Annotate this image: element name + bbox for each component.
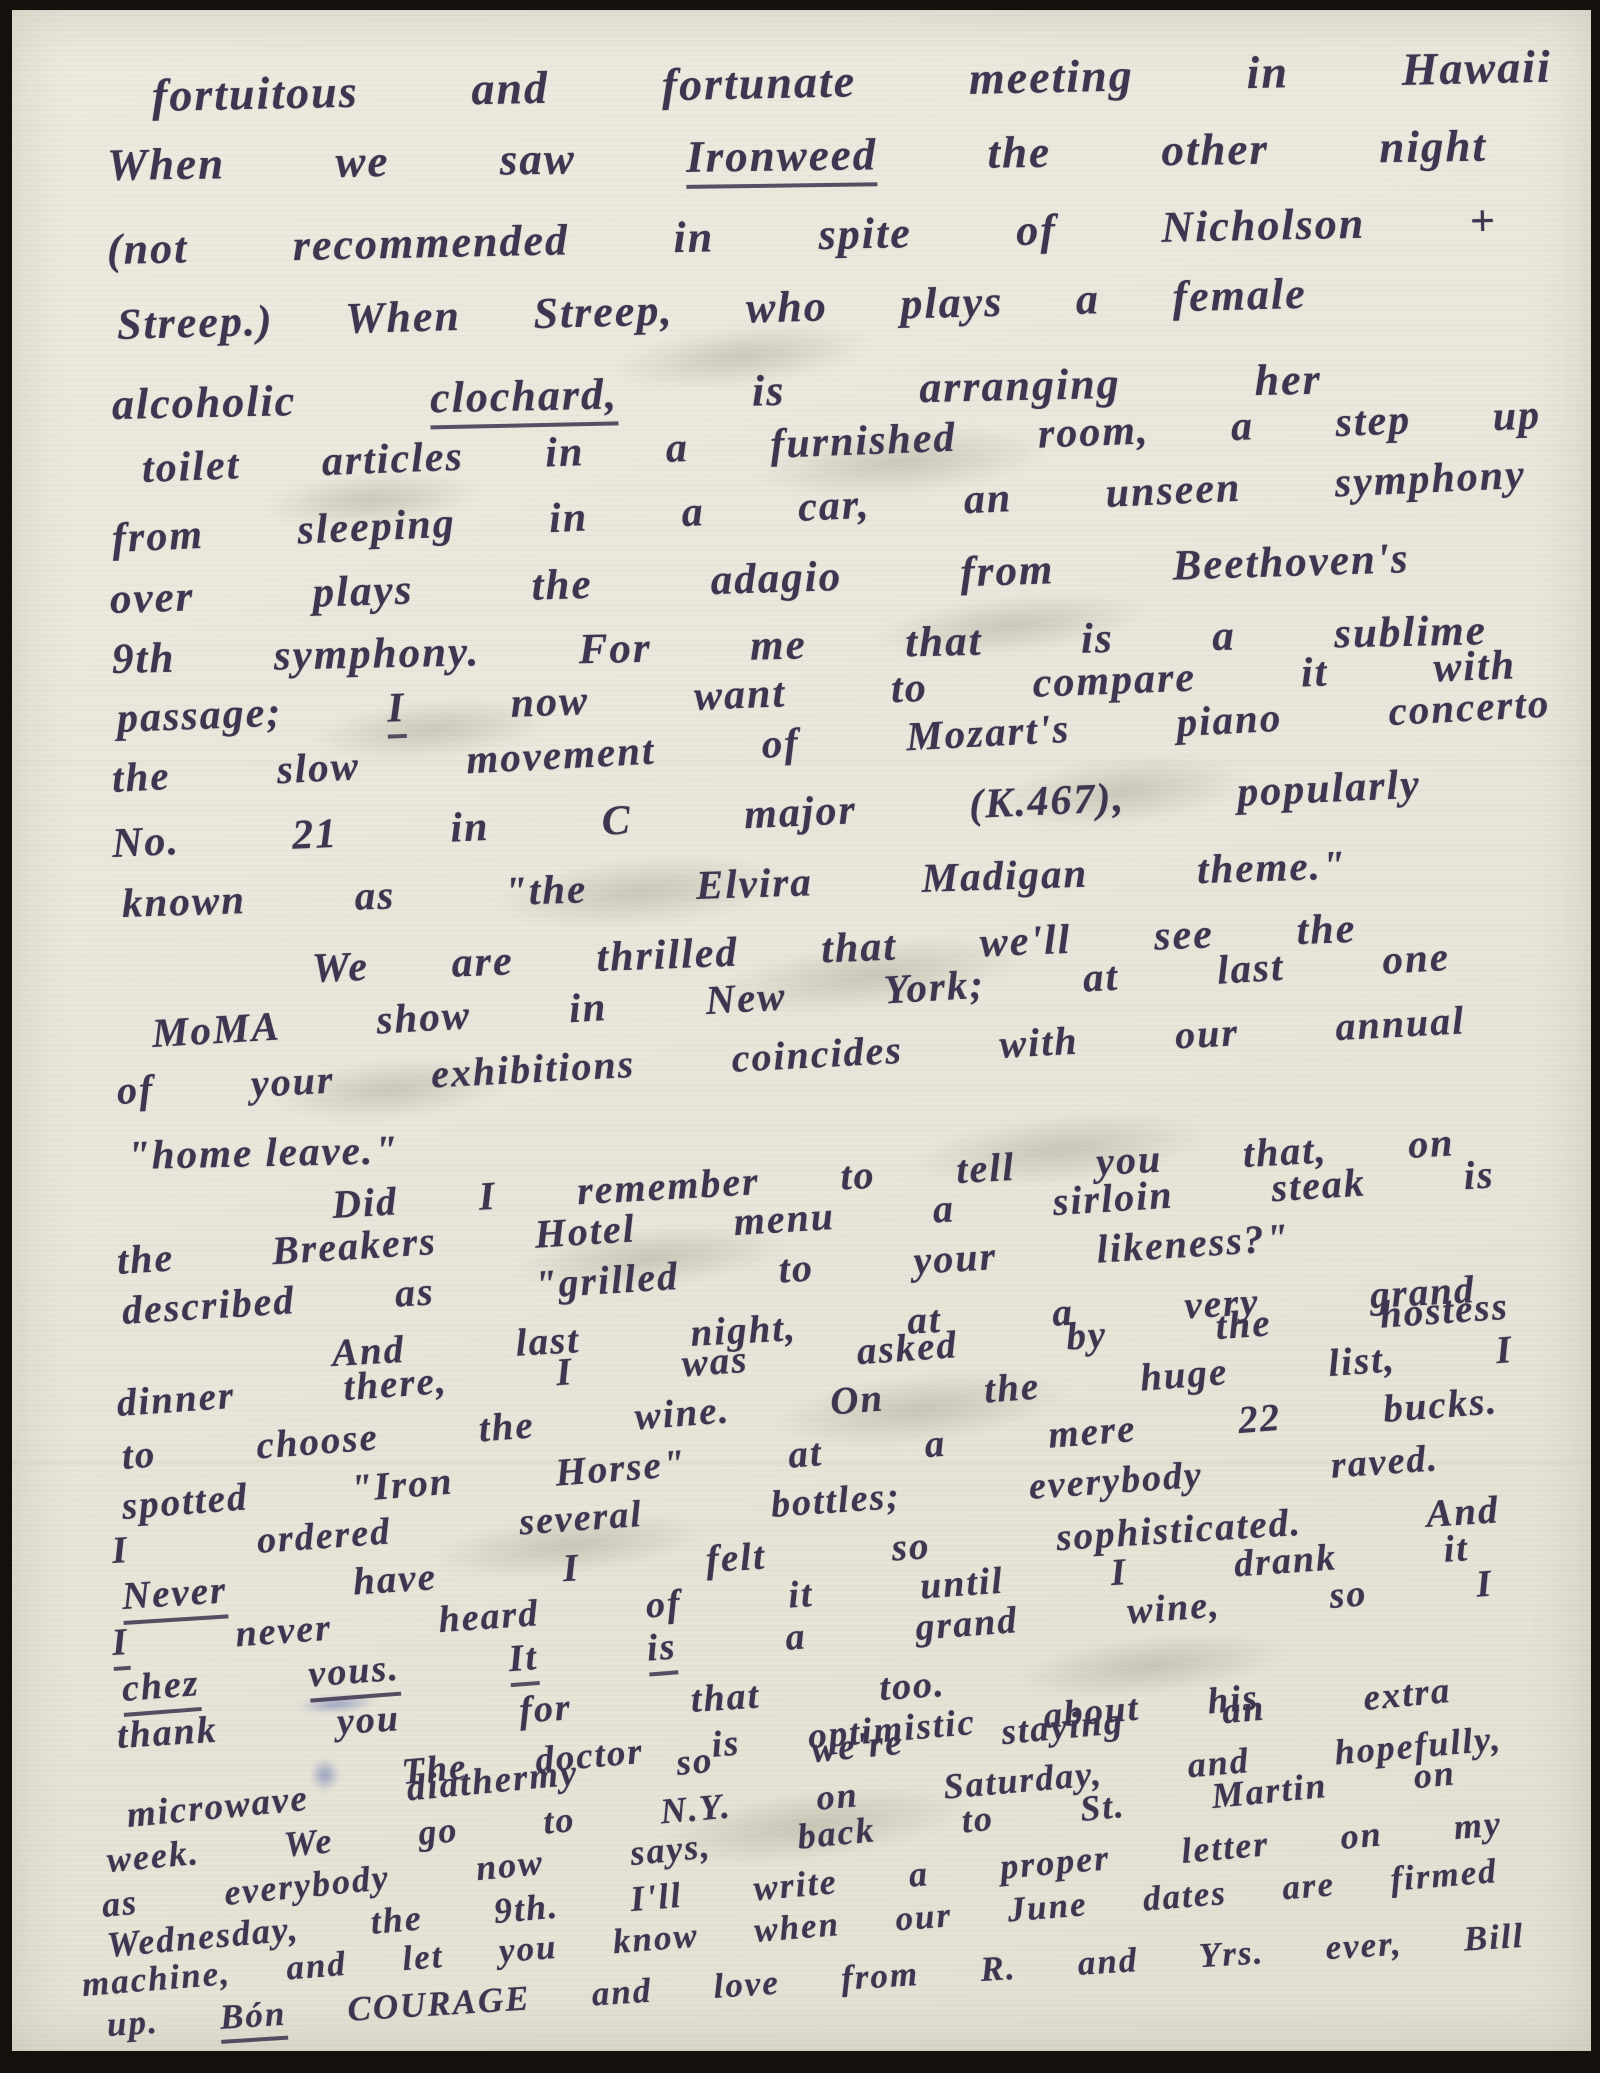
- word: our: [1174, 1009, 1240, 1057]
- word: our: [894, 1895, 954, 1938]
- word: my: [1452, 1803, 1503, 1847]
- word: let: [401, 1936, 445, 1978]
- word: room,: [1037, 407, 1150, 457]
- word: in: [548, 494, 589, 542]
- word: and: [285, 1944, 348, 1988]
- word: articles: [321, 434, 465, 485]
- word: Beethoven's: [1172, 535, 1410, 589]
- word: firmed: [1389, 1851, 1499, 1898]
- word: June: [1006, 1884, 1089, 1929]
- word: so: [1328, 1572, 1369, 1617]
- word: the: [477, 1403, 536, 1450]
- word: from: [111, 512, 205, 562]
- word: that: [690, 1675, 762, 1721]
- underlined-word: I: [386, 685, 406, 739]
- word: who: [745, 281, 828, 332]
- word: as: [100, 1882, 140, 1925]
- word: passage;: [116, 690, 283, 742]
- word: sirloin: [1051, 1172, 1174, 1224]
- word: toilet: [141, 442, 241, 492]
- word: furnished: [770, 415, 958, 468]
- word: in: [1246, 46, 1289, 98]
- word: the: [116, 1234, 176, 1282]
- word: I: [1494, 1328, 1514, 1372]
- word: a: [923, 1422, 948, 1467]
- word: car,: [797, 482, 871, 531]
- word: dates: [1141, 1873, 1228, 1919]
- word: annual: [1334, 997, 1466, 1049]
- word: New: [704, 972, 788, 1023]
- word: you: [497, 1927, 558, 1971]
- word: described: [121, 1277, 297, 1333]
- word: over: [109, 573, 195, 623]
- word: Breakers: [271, 1218, 438, 1273]
- word: with: [998, 1018, 1079, 1067]
- word: up.: [106, 2002, 160, 2044]
- word: ordered: [256, 1511, 393, 1562]
- word: we're: [810, 1722, 906, 1771]
- word: I: [561, 1546, 581, 1590]
- word: dinner: [115, 1374, 236, 1425]
- word: popularly: [1236, 762, 1422, 816]
- word: Yrs.: [1198, 1932, 1266, 1975]
- word: 9th.: [492, 1886, 560, 1932]
- word: back: [796, 1809, 878, 1856]
- word: plays: [312, 566, 414, 616]
- word: "home: [127, 1129, 254, 1178]
- word: go: [417, 1809, 460, 1852]
- word: spotted: [120, 1475, 250, 1528]
- word: When: [107, 138, 226, 190]
- word: fortuitous: [151, 66, 359, 121]
- word: thank: [116, 1709, 219, 1757]
- underlined-word: I: [110, 1621, 130, 1671]
- word: an: [963, 475, 1013, 523]
- word: exhibitions: [430, 1041, 636, 1097]
- word: says,: [628, 1825, 713, 1873]
- word: R.: [979, 1948, 1017, 1989]
- word: we: [335, 136, 390, 187]
- word: your: [250, 1057, 336, 1106]
- word: menu: [732, 1193, 836, 1244]
- word: symphony: [1334, 452, 1527, 507]
- word: from: [960, 546, 1055, 596]
- word: 21: [291, 811, 339, 859]
- word: me: [750, 621, 808, 669]
- word: and: [471, 62, 550, 115]
- word: steak: [1270, 1159, 1367, 1210]
- letter-line: (not recommended in spite of Nicholson +: [106, 196, 1497, 276]
- word: show: [375, 991, 472, 1043]
- word: a: [931, 1185, 956, 1231]
- word: fortunate: [661, 55, 856, 110]
- word: that: [820, 924, 897, 973]
- word: the: [1214, 1301, 1273, 1348]
- word: I: [1109, 1551, 1129, 1594]
- word: a: [665, 425, 690, 472]
- word: to: [542, 1799, 577, 1842]
- word: "grilled: [533, 1253, 680, 1307]
- word: in: [673, 212, 715, 262]
- word: saw: [499, 133, 576, 184]
- word: Horse": [554, 1442, 688, 1495]
- word: to: [777, 1245, 815, 1292]
- word: wine,: [1126, 1584, 1222, 1633]
- word: on: [1339, 1813, 1384, 1857]
- word: York;: [882, 961, 986, 1013]
- word: extra: [1361, 1670, 1453, 1719]
- word: and: [591, 1971, 654, 2014]
- word: when: [753, 1904, 842, 1950]
- word: I: [1475, 1563, 1495, 1606]
- word: in: [568, 983, 609, 1031]
- word: known: [121, 876, 246, 926]
- word: the: [531, 561, 593, 610]
- word: Streep.): [116, 296, 274, 349]
- word: is: [1081, 615, 1115, 663]
- word: Elvira: [695, 858, 813, 908]
- word: too.: [878, 1663, 947, 1709]
- word: proper: [999, 1837, 1112, 1886]
- word: On: [829, 1376, 886, 1423]
- word: letter: [1180, 1823, 1271, 1871]
- word: When: [345, 291, 462, 343]
- word: and: [1077, 1940, 1140, 1983]
- word: I: [554, 1350, 574, 1394]
- word: +: [1469, 196, 1497, 246]
- word: one: [1381, 933, 1451, 983]
- word: We: [282, 1820, 335, 1864]
- word: mere: [1047, 1407, 1138, 1457]
- letter-line: When we saw Ironweed the other night: [107, 121, 1488, 192]
- word: Did: [331, 1178, 399, 1227]
- word: never: [234, 1607, 333, 1656]
- word: theme.": [1196, 842, 1347, 893]
- word: it: [1300, 649, 1329, 696]
- letter-line: "home leave.": [127, 1126, 400, 1179]
- word: have: [352, 1555, 438, 1603]
- word: is: [751, 366, 785, 416]
- word: now: [474, 1842, 546, 1888]
- word: Streep,: [533, 285, 674, 338]
- word: of: [116, 1066, 156, 1113]
- word: a: [681, 489, 706, 536]
- word: by: [1065, 1313, 1109, 1359]
- word: you: [336, 1697, 402, 1743]
- word: to: [960, 1798, 996, 1841]
- word: No.: [111, 818, 181, 867]
- word: are: [1281, 1864, 1337, 1907]
- word: spite: [818, 208, 912, 259]
- word: as: [354, 871, 396, 918]
- word: female: [1172, 269, 1307, 321]
- word: raved.: [1329, 1437, 1440, 1486]
- word: "the: [503, 865, 588, 914]
- word: I: [110, 1529, 130, 1572]
- underlined-word: Bón: [219, 1994, 288, 2044]
- word: ever,: [1324, 1924, 1403, 1968]
- word: Hawaii: [1401, 41, 1552, 95]
- word: sleeping: [296, 500, 456, 553]
- word: huge: [1138, 1350, 1229, 1400]
- word: to: [120, 1432, 158, 1478]
- word: to: [890, 665, 928, 712]
- word: night: [1379, 121, 1487, 172]
- word: the: [111, 752, 172, 801]
- word: a: [1075, 274, 1100, 324]
- word: (K.467),: [968, 775, 1126, 828]
- word: coincides: [730, 1027, 903, 1081]
- underlined-word: chez: [120, 1662, 201, 1717]
- word: up: [1492, 392, 1542, 440]
- word: an: [1220, 1688, 1267, 1733]
- word: heard: [437, 1592, 540, 1641]
- word: Nicholson: [1161, 199, 1366, 252]
- word: recommended: [292, 215, 569, 270]
- word: machine,: [80, 1953, 232, 2004]
- word: it: [787, 1573, 815, 1617]
- word: St.: [1078, 1785, 1127, 1829]
- underlined-word: clochard,: [430, 369, 619, 429]
- word: arranging: [919, 359, 1121, 412]
- word: there,: [342, 1359, 449, 1409]
- word: bottles;: [770, 1475, 903, 1526]
- word: your: [912, 1233, 998, 1283]
- letter-paper: fortuitous and fortunate meeting in Hawa…: [12, 10, 1591, 2051]
- letter-line: fortuitous and fortunate meeting in Hawa…: [151, 41, 1552, 123]
- word: a: [907, 1853, 930, 1895]
- word: plays: [900, 277, 1004, 329]
- word: unseen: [1105, 465, 1243, 517]
- word: so: [890, 1524, 931, 1569]
- word: I: [477, 1173, 497, 1219]
- word: want: [693, 670, 787, 719]
- word: as: [394, 1268, 436, 1315]
- word: of: [644, 1582, 682, 1626]
- word: I'll: [629, 1875, 684, 1919]
- word: love: [712, 1963, 781, 2006]
- word: is: [1462, 1151, 1495, 1198]
- word: "Iron: [349, 1460, 455, 1511]
- word: wine.: [633, 1388, 732, 1438]
- word: choose: [255, 1415, 380, 1467]
- word: the: [987, 127, 1051, 178]
- scan-frame: fortuitous and fortunate meeting in Hawa…: [0, 0, 1600, 2073]
- word: For: [578, 625, 652, 674]
- word: on: [1412, 1752, 1458, 1796]
- word: likeness?": [1095, 1215, 1291, 1272]
- word: for: [518, 1686, 573, 1731]
- word: her: [1254, 355, 1322, 405]
- word: meeting: [968, 49, 1134, 103]
- word: other: [1161, 124, 1269, 175]
- word: in: [544, 429, 585, 476]
- word: of: [1016, 205, 1058, 255]
- word: was: [680, 1338, 750, 1386]
- word: adagio: [710, 553, 843, 604]
- word: the: [369, 1897, 424, 1941]
- underlined-word: It: [507, 1636, 540, 1687]
- word: thrilled: [596, 930, 740, 981]
- word: slow: [276, 742, 361, 792]
- word: write: [752, 1861, 839, 1908]
- word: at: [1082, 953, 1121, 1001]
- word: the: [983, 1364, 1042, 1411]
- word: in: [449, 804, 490, 852]
- word: that: [905, 618, 983, 667]
- word: a: [1230, 403, 1255, 450]
- word: at: [787, 1431, 825, 1477]
- word: major: [743, 787, 858, 838]
- word: 22: [1237, 1396, 1283, 1442]
- word: movement: [465, 727, 656, 783]
- word: now: [510, 678, 590, 727]
- word: 9th: [112, 635, 176, 683]
- word: We: [311, 944, 370, 992]
- word: Bill: [1463, 1916, 1526, 1959]
- word: are: [451, 938, 515, 986]
- word: piano: [1175, 694, 1283, 745]
- word: week.: [105, 1832, 201, 1880]
- word: felt: [705, 1535, 768, 1582]
- word: alcoholic: [111, 376, 296, 429]
- word: asked: [855, 1323, 959, 1373]
- word: bucks.: [1382, 1379, 1500, 1431]
- underlined-word: vous.: [307, 1647, 402, 1703]
- word: leave.": [265, 1126, 399, 1175]
- word: Mozart's: [905, 705, 1071, 760]
- underlined-word: is: [645, 1625, 678, 1676]
- word: concerto: [1387, 680, 1551, 734]
- word: C: [601, 797, 633, 844]
- word: symphony.: [273, 628, 480, 679]
- word: several: [518, 1493, 644, 1544]
- word: grand: [914, 1599, 1020, 1649]
- word: know: [611, 1915, 700, 1961]
- word: so: [675, 1740, 716, 1784]
- word: a: [784, 1615, 808, 1658]
- word: step: [1335, 397, 1412, 446]
- word: MoMA: [151, 1003, 280, 1056]
- word: last: [1216, 943, 1286, 993]
- word: from: [840, 1954, 920, 1998]
- word: Hotel: [533, 1205, 637, 1256]
- word: (not: [106, 223, 188, 274]
- word: COURAGE: [346, 1978, 531, 2028]
- underlined-word: Ironweed: [686, 129, 878, 189]
- word: Madigan: [921, 850, 1089, 901]
- word: list,: [1327, 1337, 1398, 1385]
- word: of: [760, 719, 801, 767]
